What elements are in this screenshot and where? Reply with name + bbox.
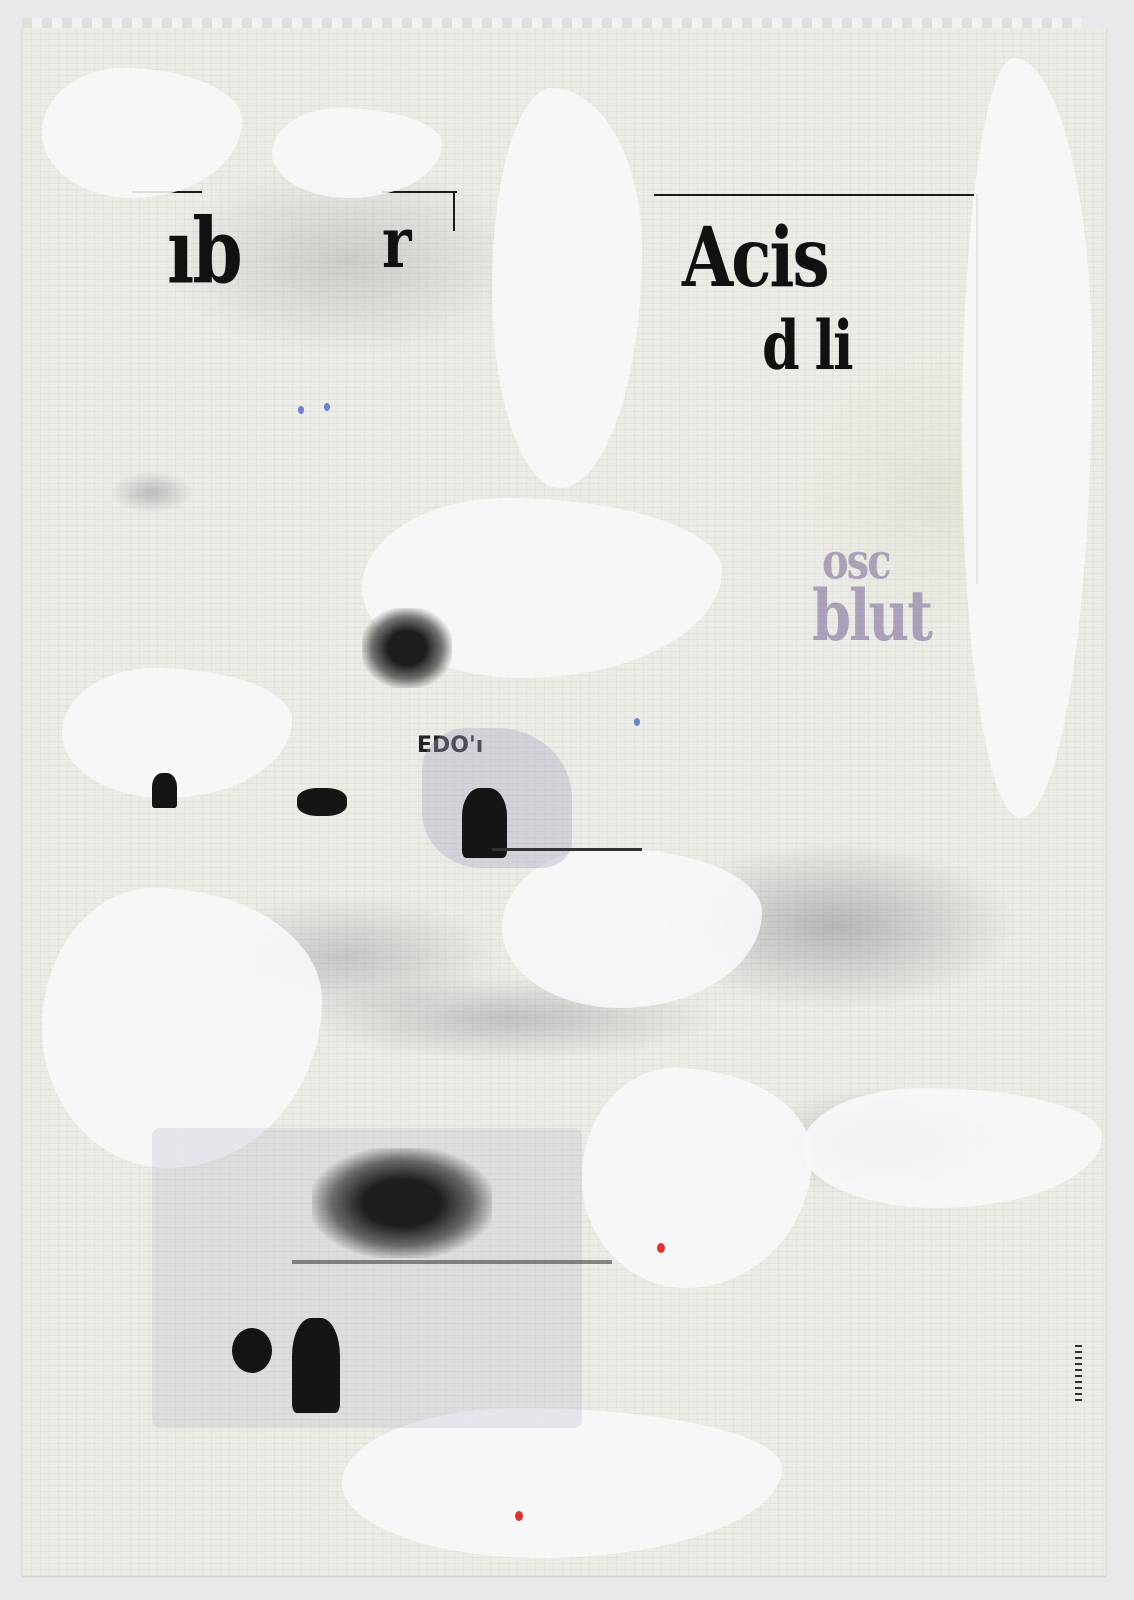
- blue-paint-spot: [634, 718, 640, 726]
- headline-rule-right: [654, 194, 974, 196]
- torn-paper-patch: [492, 88, 642, 488]
- torn-paper-patch: [502, 848, 762, 1008]
- red-paint-spot: [515, 1511, 523, 1521]
- torn-paper-patch: [42, 888, 322, 1168]
- blackletter-fragment-tl: ıb: [167, 197, 241, 303]
- photo-fragment-dark: [232, 1328, 272, 1373]
- blackletter-fragment-tr-1: Acis: [682, 208, 828, 306]
- photo-officer-figure: [292, 1318, 340, 1413]
- torn-paper-patch: [962, 58, 1092, 818]
- photo-remnant-crowd: [312, 1148, 492, 1258]
- torn-paper-patch: [342, 1408, 782, 1558]
- blackletter-fragment-tl-right: r: [382, 202, 410, 285]
- blue-paint-spot: [298, 406, 304, 414]
- photo-remnant-group: [362, 608, 452, 688]
- torn-paper-patch: [802, 1088, 1102, 1208]
- torn-paper-patch: [42, 68, 242, 198]
- blue-paint-spot: [324, 403, 330, 411]
- edge-tick-marks: [1075, 1345, 1082, 1405]
- torn-paper-patch: [62, 668, 292, 798]
- photo-fragment-dark: [152, 773, 177, 808]
- faded-fragment-2: blut: [812, 575, 931, 658]
- red-paint-spot: [657, 1243, 665, 1253]
- photo-ledge: [492, 848, 642, 851]
- artwork-sheet: ıb r Acis d li osc blut EDO'ı: [22, 28, 1106, 1576]
- blackletter-fragment-tr-2: d li: [762, 305, 852, 385]
- headline-vrule-left: [453, 191, 455, 231]
- torn-paper-patch: [582, 1068, 812, 1288]
- photo-wall-ledge: [292, 1260, 612, 1264]
- torn-paper-patch: [272, 108, 442, 198]
- photo-fragment-dark: [297, 788, 347, 816]
